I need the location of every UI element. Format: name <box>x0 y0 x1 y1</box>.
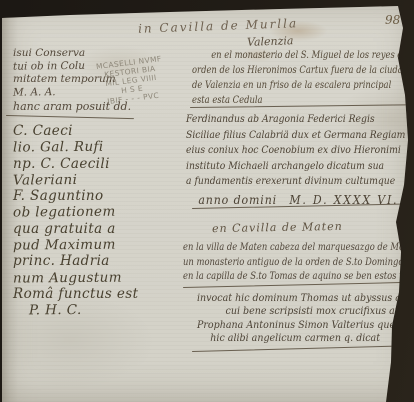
manuscript-line: Siciliae filius Calabriä dux et Germana … <box>186 128 405 144</box>
manuscript-line: pud Maximum <box>13 237 139 254</box>
manuscript-line: tui ob in Colu <box>13 59 131 73</box>
photo-background: 98 in Cavilla de Murlla MCASELLI NVMF KE… <box>0 0 414 402</box>
manuscript-line: F. Saguntino <box>13 188 138 204</box>
manuscript-line: mitatem temporum <box>13 73 131 86</box>
manuscript-line: lio. Gal. Rufi <box>13 139 139 156</box>
manuscript-line: Prophana Antoninus Simon Valterius que <box>197 319 414 332</box>
mateu-section-heading: en Cavilla de Maten <box>212 220 343 235</box>
mateu-latin-verses: invocat hic dominum Thomas ut abyssus ab… <box>197 292 414 346</box>
manuscript-line: cui bene scripsisti mox crucifixus ait <box>197 305 414 318</box>
manuscript-line: hanc aram posuit dd. <box>13 100 131 113</box>
manuscript-line: hic alibi angelicum carmen q. dicat <box>197 332 414 345</box>
manuscript-line: M. A. A. <box>13 85 131 99</box>
manuscript-line: a fundamentis erexerunt divinum cultumqu… <box>186 174 405 190</box>
manuscript-line: np. C. Caecili <box>13 156 138 172</box>
manuscript-line: num Augustum <box>13 269 139 286</box>
left-inscription-conservatori: isui Conserva tui ob in Colu mitatem tem… <box>13 47 131 113</box>
valencia-latin-inscription: Ferdinandus ab Aragonia Federici Regis S… <box>186 112 405 208</box>
date-label: anno domini <box>198 192 277 207</box>
manuscript-line: Valeriani <box>13 171 139 188</box>
manuscript-line: un monasterio antiguo de la orden de S.t… <box>183 256 414 271</box>
manuscript-line: orden de los Hieronimos Cartux fuera de … <box>192 63 414 78</box>
top-header: in Cavilla de Murlla <box>138 16 299 36</box>
manuscript-line: invocat hic dominum Thomas ut abyssus ab… <box>197 292 414 305</box>
manuscript-line: isui Conserva <box>13 47 131 60</box>
manuscript-line: de Valenzia en un friso de la escalera p… <box>192 78 414 93</box>
page-number: 98 <box>385 13 400 27</box>
manuscript-line: Ferdinandus ab Aragonia Federici Regis <box>186 112 405 128</box>
manuscript-line: qua gratuita a <box>13 221 138 237</box>
manuscript-line: ob legationem <box>13 204 139 221</box>
ink-rule-under-left-inscription <box>6 115 134 119</box>
manuscript-line: en la villa de Maten cabeza del marquesa… <box>183 241 414 256</box>
valencia-intro: en el monasterio del S. Miguel de los re… <box>192 48 414 108</box>
ink-rule-bottom <box>192 345 410 352</box>
manuscript-line: princ. Hadria <box>13 253 138 269</box>
manuscript-line: C. Caeci <box>13 123 138 139</box>
valencia-place-label: Valenzia <box>247 34 294 49</box>
manuscript-line: instituto Michaeli archangelo dicatum su… <box>186 159 405 175</box>
manuscript-page: 98 in Cavilla de Murlla MCASELLI NVMF KE… <box>0 0 414 402</box>
manuscript-line: P. H. C. <box>13 302 139 319</box>
manuscript-line: Româ functus est <box>13 286 138 302</box>
manuscript-line: eius coniux hoc Coenobium ex divo Hieron… <box>186 143 405 159</box>
manuscript-line: en el monasterio del S. Miguel de los re… <box>192 48 414 63</box>
mateu-spanish-text: en la villa de Maten cabeza del marquesa… <box>183 241 414 285</box>
left-inscription-caecilius: C. Caeci lio. Gal. Rufi np. C. Caecili V… <box>13 123 138 319</box>
